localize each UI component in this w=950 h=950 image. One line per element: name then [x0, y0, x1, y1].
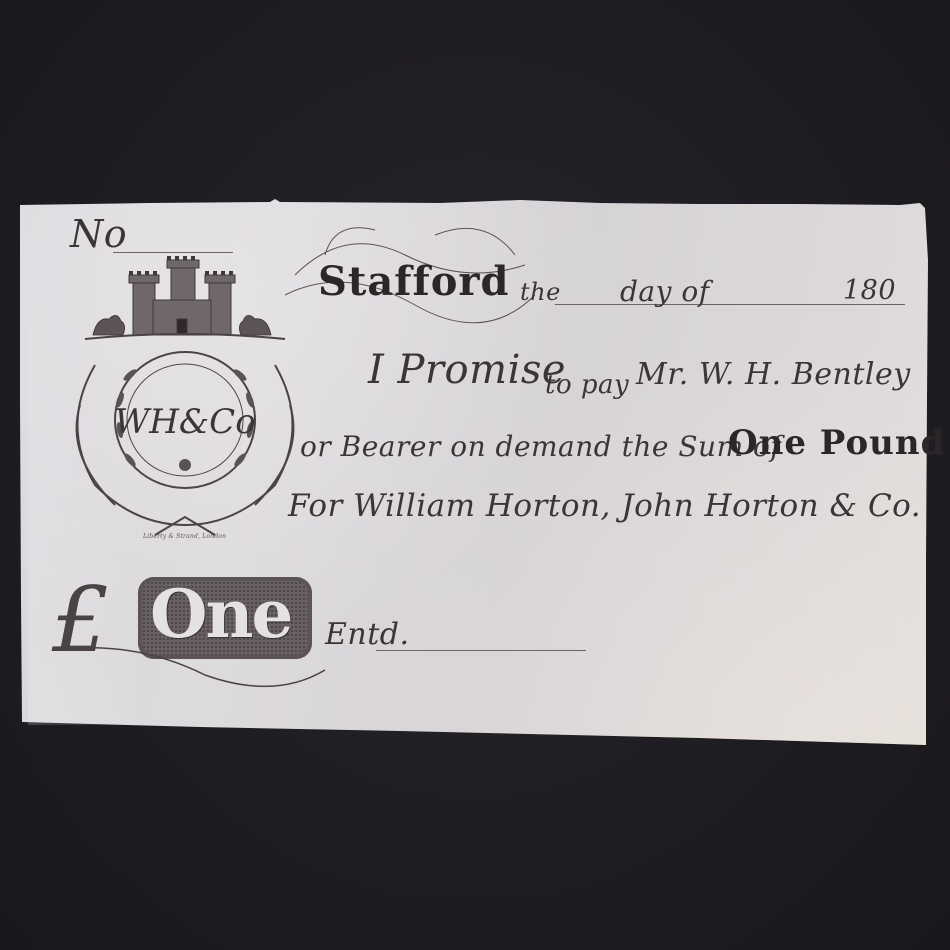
serial-number-line	[113, 252, 233, 253]
serial-number-label: No	[70, 212, 127, 256]
town-name: Stafford	[318, 258, 509, 305]
payee-name: Mr. W. H. Bentley	[636, 357, 911, 392]
date-day-of-label: day of	[620, 275, 710, 308]
bearer-text: or Bearer on demand the Sum of	[300, 430, 781, 463]
engraver-imprint: Liberty & Strand, London	[143, 533, 226, 540]
monogram-wreath-icon: WH&Co	[55, 345, 315, 545]
date-the-label: the	[520, 278, 561, 306]
promise-text: I Promise	[368, 347, 566, 393]
entered-label: Entd.	[325, 617, 410, 652]
to-pay-text: to pay	[545, 370, 629, 400]
signatory-text: For William Horton, John Horton & Co.	[288, 488, 921, 524]
date-year-prefix: 180	[843, 275, 896, 306]
denomination-flourish-icon	[55, 630, 355, 690]
castle-vignette-icon	[85, 255, 285, 345]
svg-text:WH&Co: WH&Co	[114, 402, 255, 442]
amount-text: One Pound	[728, 423, 945, 463]
banknote-photo: No	[0, 0, 950, 950]
entered-line	[376, 650, 586, 651]
